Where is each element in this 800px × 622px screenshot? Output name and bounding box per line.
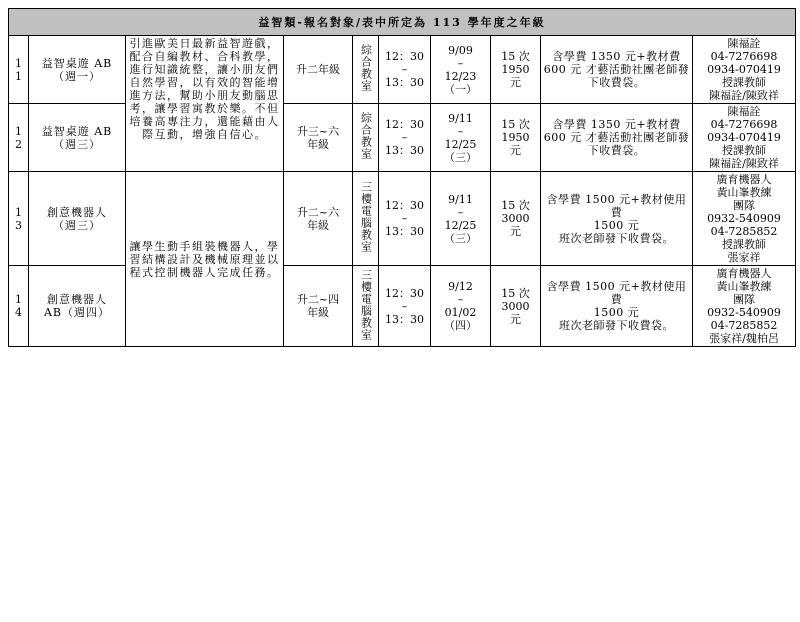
document-page: 益智類-報名對象/表中所定為 113 學年度之年級 1 1 益智桌遊 AB （週… — [0, 0, 800, 622]
course-contact: 陳福詮 04-7276698 0934-070419 授課教師 陳福詮/陳致祥 — [693, 104, 796, 172]
course-room: 三樓電腦教室 — [353, 172, 379, 266]
course-grade: 升二年級 — [284, 36, 353, 104]
course-description: 引進歐美日最新益智遊戲，配合自編教材、合科教學，進行知識統整，讓小朋友們自然學習… — [126, 36, 284, 172]
course-contact-text: 陳福詮 04-7276698 0934-070419 授課教師 陳福詮/陳致祥 — [695, 37, 793, 102]
course-room: 綜合教室 — [353, 104, 379, 172]
course-fee-note: 含學費 1350 元+教材費 600 元 才藝活動社團老師發下收費袋。 — [541, 36, 693, 104]
course-time: 12：30 – 13：30 — [379, 266, 431, 347]
course-price: 15 次 1950 元 — [491, 104, 541, 172]
course-price: 15 次 1950 元 — [491, 36, 541, 104]
course-dates: 9/11 – 12/25 （三） — [431, 172, 491, 266]
course-grade: 升二~六 年級 — [284, 172, 353, 266]
course-dates: 9/12 – 01/02 （四） — [431, 266, 491, 347]
course-room: 綜合教室 — [353, 36, 379, 104]
course-dates: 9/11 – 12/25 （三） — [431, 104, 491, 172]
table-row-11: 1 1 益智桌遊 AB （週一） 引進歐美日最新益智遊戲，配合自編教材、合科教學… — [9, 36, 796, 104]
table-title: 益智類-報名對象/表中所定為 113 學年度之年級 — [9, 9, 796, 36]
course-contact-text: 陳福詮 04-7276698 0934-070419 授課教師 陳福詮/陳致祥 — [695, 105, 793, 170]
course-time: 12：30 – 13：30 — [379, 36, 431, 104]
course-fee-note: 含學費 1350 元+教材費 600 元 才藝活動社團老師發下收費袋。 — [541, 104, 693, 172]
course-name: 益智桌遊 AB （週三） — [29, 104, 126, 172]
course-table: 益智類-報名對象/表中所定為 113 學年度之年級 1 1 益智桌遊 AB （週… — [8, 8, 796, 347]
course-contact: 廣育機器人 黃山峯教練 團隊 0932-540909 04-7285852 張家… — [693, 266, 796, 347]
course-contact: 廣育機器人 黃山峯教練 團隊 0932-540909 04-7285852 授課… — [693, 172, 796, 266]
course-room-text: 三樓電腦教室 — [359, 181, 371, 253]
course-no: 1 4 — [9, 266, 29, 347]
course-room-text: 綜合教室 — [359, 112, 371, 160]
course-price: 15 次 3000 元 — [491, 266, 541, 347]
course-name: 創意機器人 （週三） — [29, 172, 126, 266]
course-grade: 升三~六 年級 — [284, 104, 353, 172]
course-contact: 陳福詮 04-7276698 0934-070419 授課教師 陳福詮/陳致祥 — [693, 36, 796, 104]
course-no: 1 2 — [9, 104, 29, 172]
course-dates: 9/09 – 12/23 （一） — [431, 36, 491, 104]
table-title-row: 益智類-報名對象/表中所定為 113 學年度之年級 — [9, 9, 796, 36]
course-price: 15 次 3000 元 — [491, 172, 541, 266]
course-contact-text: 廣育機器人 黃山峯教練 團隊 0932-540909 04-7285852 張家… — [695, 267, 793, 345]
course-grade: 升二~四 年級 — [284, 266, 353, 347]
course-time: 12：30 – 13：30 — [379, 104, 431, 172]
table-row-13: 1 3 創意機器人 （週三） 讓學生動手組裝機器人，學習結構設計及機械原理並以程… — [9, 172, 796, 266]
course-room-text: 綜合教室 — [359, 44, 371, 92]
course-fee-note: 含學費 1500 元+教材使用費 1500 元 班次老師發下收費袋。 — [541, 266, 693, 347]
course-fee-note: 含學費 1500 元+教材使用費 1500 元 班次老師發下收費袋。 — [541, 172, 693, 266]
course-name: 創意機器人 AB（週四） — [29, 266, 126, 347]
course-time: 12：30 – 13：30 — [379, 172, 431, 266]
course-name: 益智桌遊 AB （週一） — [29, 36, 126, 104]
course-no: 1 1 — [9, 36, 29, 104]
course-room: 三樓電腦教室 — [353, 266, 379, 347]
course-contact-text: 廣育機器人 黃山峯教練 團隊 0932-540909 04-7285852 授課… — [695, 173, 793, 264]
course-room-text: 三樓電腦教室 — [359, 269, 371, 341]
course-no: 1 3 — [9, 172, 29, 266]
course-description: 讓學生動手組裝機器人，學習結構設計及機械原理並以程式控制機器人完成任務。 — [126, 172, 284, 347]
